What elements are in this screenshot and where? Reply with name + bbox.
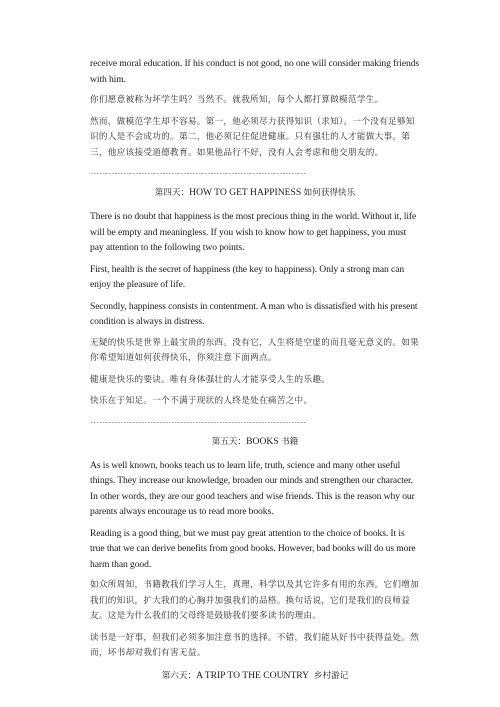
heading-zh: 乡村游记	[314, 671, 348, 681]
heading-title: BOOKS	[246, 436, 279, 447]
paragraph-zh: 读书是一好事，但我们必须多加注意书的选择。不错，我们能从好书中获得益处。然而，坏…	[90, 631, 420, 662]
paragraph-en: receive moral education. If his conduct …	[90, 56, 420, 87]
paragraph-en: There is no doubt that happiness is the …	[90, 209, 420, 256]
paragraph-zh: 健康是快乐的要诀。唯有身体强壮的人才能享受人生的乐趣。	[90, 373, 420, 389]
paragraph-zh: 快乐在于知足。一个不满于现状的人终是处在痛苦之中。	[90, 394, 420, 410]
heading-title: A TRIP TO THE COUNTRY	[196, 670, 309, 681]
paragraph-zh: 你们愿意被称为坏学生吗？当然不。就我所知，每个人都打算做模范学生。	[90, 93, 420, 109]
section-heading-day6: 第六天：A TRIP TO THE COUNTRY 乡村游记	[90, 668, 420, 684]
paragraph-en: First, health is the secret of happiness…	[90, 262, 420, 293]
paragraph-en: As is well known, books teach us to lear…	[90, 458, 420, 520]
heading-prefix: 第六天：	[162, 671, 196, 681]
heading-zh: 如何获得快乐	[304, 188, 356, 198]
section-heading-day5: 第五天：BOOKS 书籍	[90, 434, 420, 450]
heading-zh: 书籍	[281, 437, 298, 447]
heading-title: HOW TO GET HAPPINESS	[189, 187, 301, 198]
paragraph-zh: 然而，做模范学生却不容易。第一，他必须尽力获得知识（求知）。一个没有足够知识的人…	[90, 115, 420, 162]
section-divider: ----------------------------------------…	[90, 418, 330, 428]
section-divider: ----------------------------------------…	[90, 169, 330, 179]
heading-prefix: 第五天：	[212, 437, 246, 447]
paragraph-en: Reading is a good thing, but we must pay…	[90, 526, 420, 573]
section-heading-day4: 第四天：HOW TO GET HAPPINESS 如何获得快乐	[90, 185, 420, 201]
heading-prefix: 第四天：	[155, 188, 189, 198]
paragraph-en: Secondly, happiness consists in contentm…	[90, 299, 420, 330]
paragraph-zh: 无疑的快乐是世界上最宝贵的东西。没有它，人生将是空虚的而且毫无意义的。如果你希望…	[90, 336, 420, 367]
document-page: receive moral education. If his conduct …	[90, 56, 420, 692]
paragraph-zh: 如众所周知，书籍教我们学习人生，真理，科学以及其它许多有用的东西。它们增加我们的…	[90, 578, 420, 625]
